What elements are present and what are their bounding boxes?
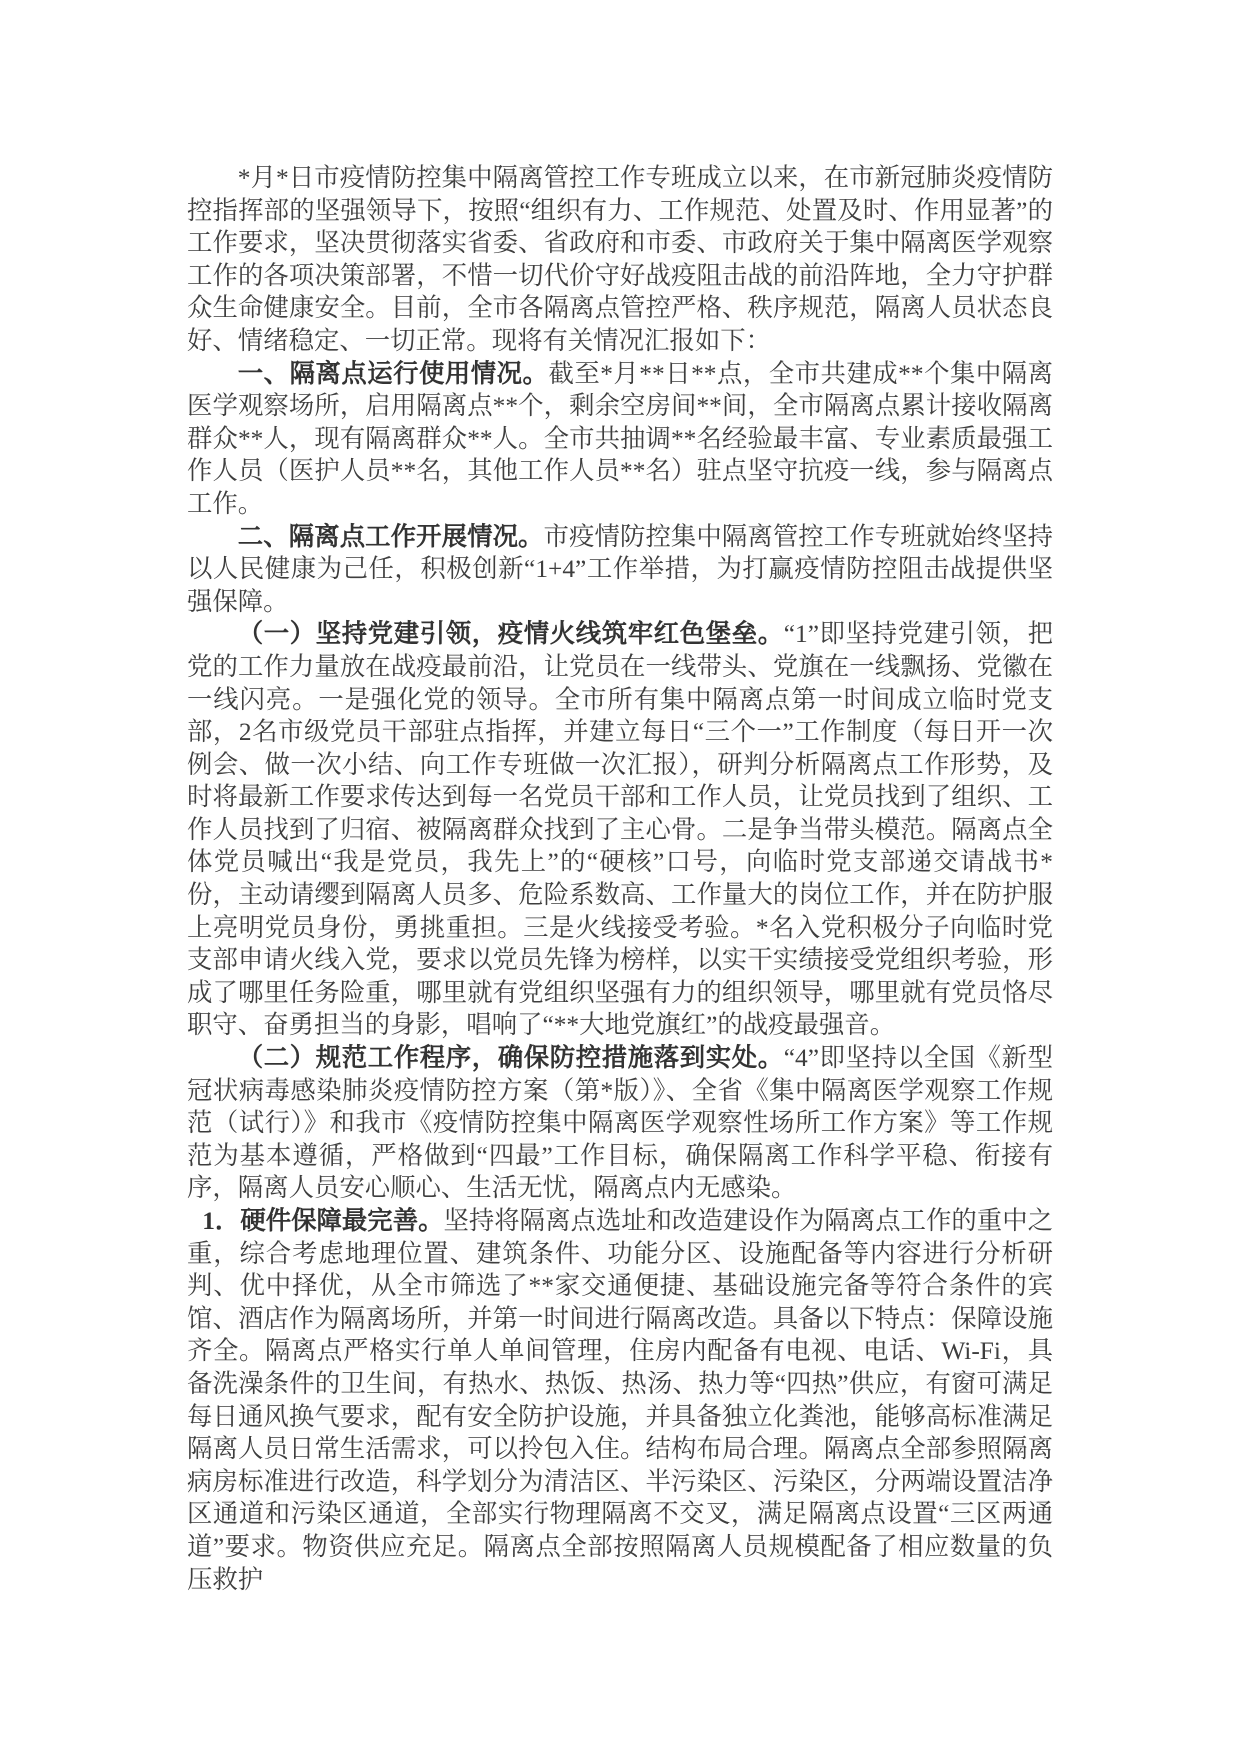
section-heading: 二、隔离点工作开展情况。 [238,523,544,551]
text-run: *月*日市疫情防控集中隔离管控工作专班成立以来，在市新冠肺炎疫情防控指挥部的坚强… [187,164,1053,355]
paragraph: （一）坚持党建引领，疫情火线筑牢红色堡垒。“1”即坚持党建引领，把党的工作力量放… [187,618,1053,1042]
section-heading: （一）坚持党建引领，疫情火线筑牢红色堡垒。 [238,620,784,648]
paragraph: 1．硬件保障最完善。坚持将隔离点选址和改造建设作为隔离点工作的重中之重，综合考虑… [187,1205,1053,1596]
text-run: 坚持将隔离点选址和改造建设作为隔离点工作的重中之重，综合考虑地理位置、建筑条件、… [187,1207,1053,1594]
section-heading: （二）规范工作程序，确保防控措施落到实处。 [238,1044,784,1072]
paragraph: （二）规范工作程序，确保防控措施落到实处。“4”即坚持以全国《新型冠状病毒感染肺… [187,1042,1053,1205]
text-run: “1”即坚持党建引领，把党的工作力量放在战疫最前沿，让党员在一线带头、党旗在一线… [187,620,1053,1039]
section-heading: 一、隔离点运行使用情况。 [238,360,549,388]
document-body: *月*日市疫情防控集中隔离管控工作专班成立以来，在市新冠肺炎疫情防控指挥部的坚强… [187,162,1053,1596]
document-page: *月*日市疫情防控集中隔离管控工作专班成立以来，在市新冠肺炎疫情防控指挥部的坚强… [0,0,1240,1754]
paragraph: 一、隔离点运行使用情况。截至*月**日**点，全市共建成**个集中隔离医学观察场… [187,358,1053,521]
section-heading: 1．硬件保障最完善。 [202,1207,443,1235]
paragraph: *月*日市疫情防控集中隔离管控工作专班成立以来，在市新冠肺炎疫情防控指挥部的坚强… [187,162,1053,358]
paragraph: 二、隔离点工作开展情况。市疫情防控集中隔离管控工作专班就始终坚持以人民健康为己任… [187,521,1053,619]
